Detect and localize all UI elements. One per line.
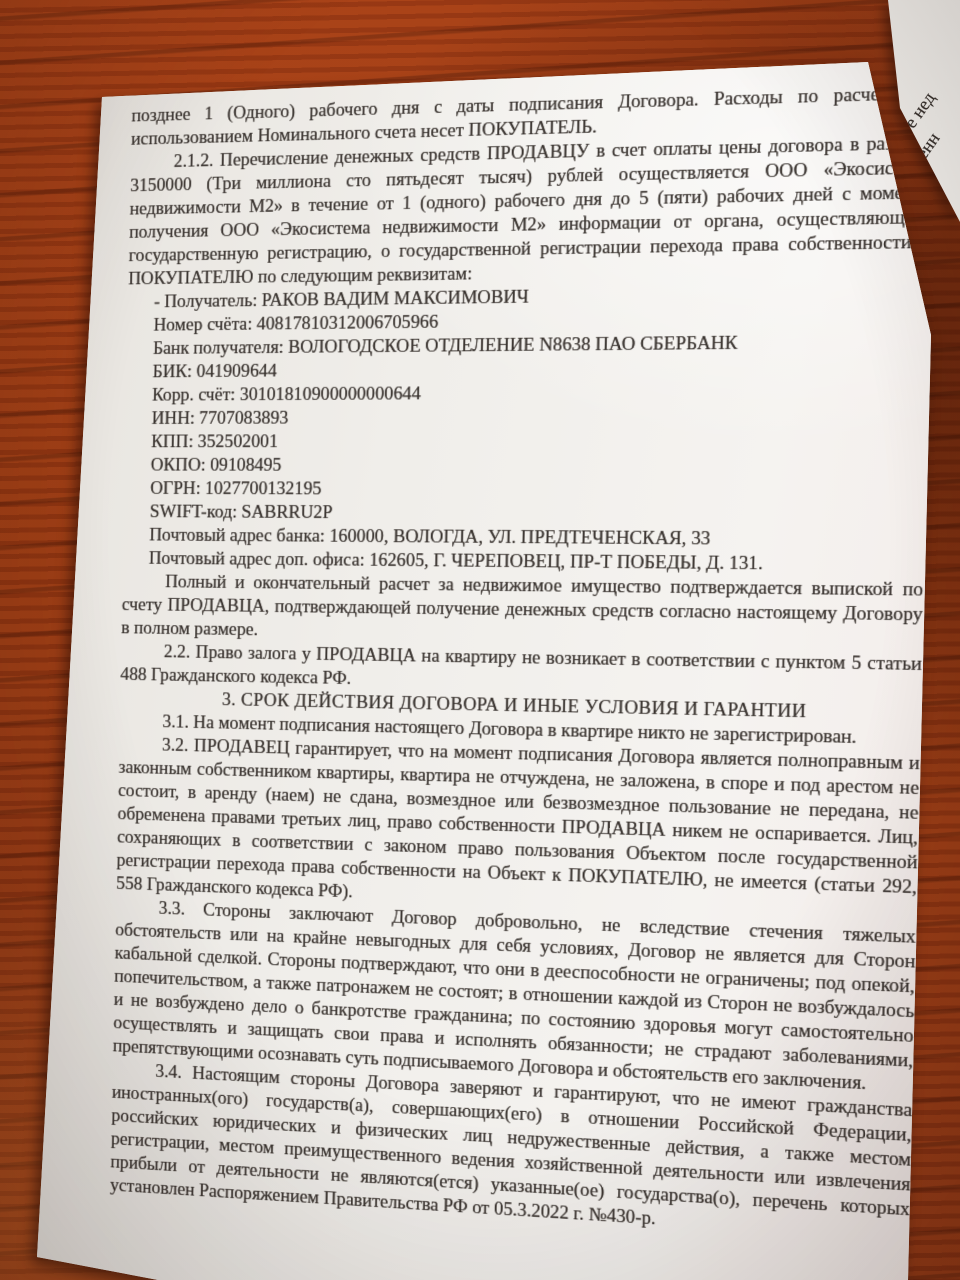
second-page-fragment-text: 3.5. ПОК указанное нед собственн xyxy=(836,0,960,206)
second-page-corner-wrapper: 3.5. ПОК указанное нед собственн xyxy=(0,0,960,1280)
second-page-corner: 3.5. ПОК указанное нед собственн xyxy=(0,0,960,1280)
